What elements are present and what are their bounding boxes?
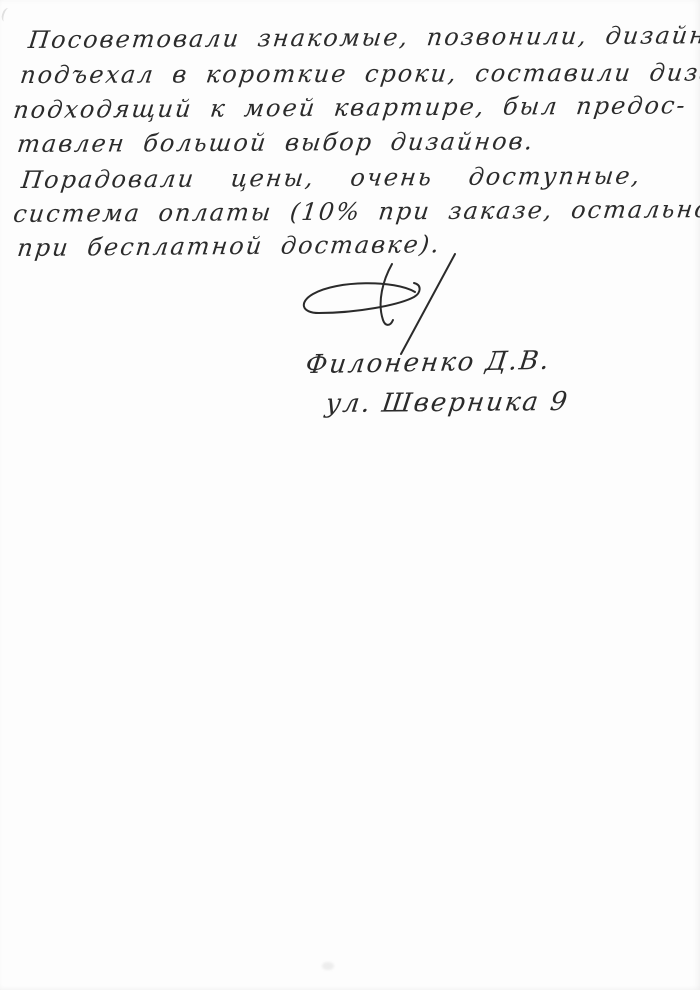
signer-address: ул. Шверника 9 <box>324 387 571 419</box>
handwritten-line: подходящий к моей квартире, был предос- <box>12 91 689 124</box>
signature-flourish-icon <box>295 252 470 360</box>
handwritten-line: тавлен большой выбор дизайнов. <box>16 127 536 158</box>
scanned-page: Посоветовали знакомые, позвонили, дизайн… <box>0 0 700 990</box>
handwritten-line: подъехал в короткие сроки, составили диз… <box>19 58 700 89</box>
handwritten-line: система оплаты (10% при заказе, остально… <box>12 195 700 228</box>
scan-smudge-icon <box>322 962 334 970</box>
signer-name: Филоненко Д.В. <box>304 346 553 380</box>
handwritten-line: Порадовали цены, очень доступные, <box>20 162 643 194</box>
scan-artifact-icon <box>0 7 13 23</box>
handwritten-line: Посоветовали знакомые, позвонили, дизайн… <box>27 21 700 54</box>
